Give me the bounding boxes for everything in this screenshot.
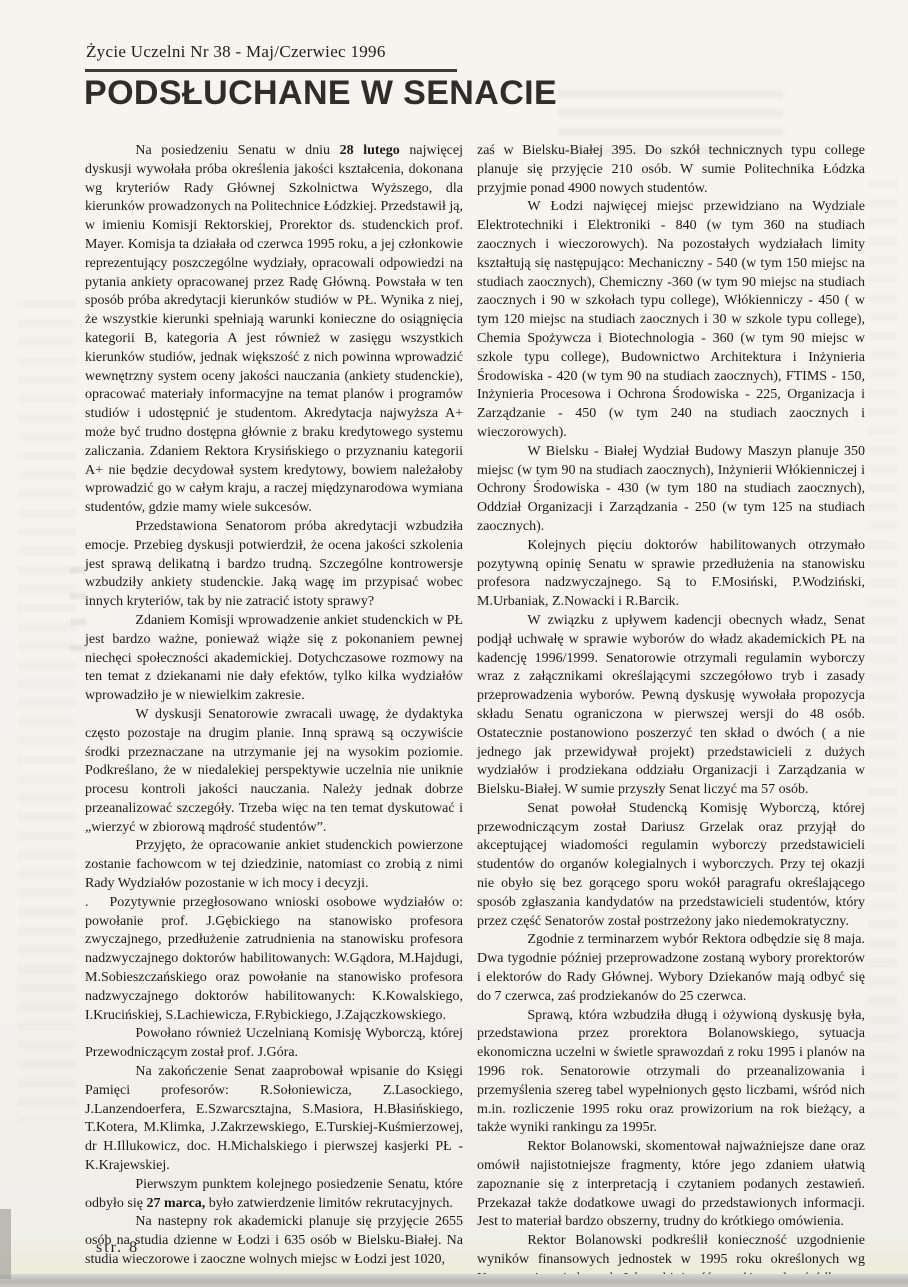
text-run: Senat powołał Studencką Komisję Wyborczą… — [477, 801, 865, 929]
text-run: najwięcej dyskusji wywołała próba określ… — [85, 143, 463, 515]
bold-text-run: 28 lutego — [340, 143, 400, 158]
masthead: Życie Uczelni Nr 38 - Maj/Czerwiec 1996 — [86, 42, 386, 62]
text-run: W związku z upływem kadencji obecnych wł… — [477, 613, 865, 797]
right-column: zaś w Bielsku-Białej 395. Do szkół techn… — [477, 142, 865, 1287]
text-run: Na zakończenie Senat zaaprobował wpisani… — [85, 1064, 463, 1173]
text-run: Sprawą, która wzbudziła długą i ożywioną… — [477, 1008, 865, 1136]
paragraph: Powołano również Uczelnianą Komisję Wybo… — [85, 1025, 463, 1063]
scan-corner-artifact — [0, 1209, 11, 1279]
text-run: Kolejnych pięciu doktorów habilitowanych… — [477, 538, 865, 609]
scan-bleedthrough-artifact — [868, 180, 898, 1120]
paragraph: Rektor Bolanowski, skomentował najważnie… — [477, 1138, 865, 1232]
text-run: Przyjęto, że opracowanie ankiet studenck… — [85, 838, 463, 891]
text-run: Zdaniem Komisji wprowadzenie ankiet stud… — [85, 613, 463, 703]
paragraph: Na zakończenie Senat zaaprobował wpisani… — [85, 1063, 463, 1176]
paragraph: Pierwszym punktem kolejnego posiedzenie … — [85, 1176, 463, 1214]
paragraph: Na posiedzeniu Senatu w dniu 28 lutego n… — [85, 142, 463, 518]
scan-smudge-artifact — [70, 567, 86, 657]
paragraph: Na nastepny rok akademicki planuje się p… — [85, 1213, 463, 1269]
text-run: było zatwierdzenie limitów rekrutacyjnyc… — [205, 1196, 453, 1211]
paragraph: . Pozytywnie przegłosowano wnioski osobo… — [85, 894, 463, 1026]
paragraph: W Bielsku - Białej Wydział Budowy Maszyn… — [477, 443, 865, 537]
scan-edge-band — [0, 1274, 908, 1287]
text-run: Zgodnie z terminarzem wybór Rektora odbę… — [477, 932, 865, 1003]
paragraph: Senat powołał Studencką Komisję Wyborczą… — [477, 800, 865, 932]
text-run: W Bielsku - Białej Wydział Budowy Maszyn… — [477, 444, 865, 534]
text-run: Na posiedzeniu Senatu w dniu — [135, 143, 339, 158]
text-run: W dyskusji Senatorowie zwracali uwagę, ż… — [85, 707, 463, 835]
article-headline: PODSŁUCHANE W SENACIE — [84, 74, 557, 113]
paragraph: Przedstawiona Senatorom próba akredytacj… — [85, 518, 463, 612]
paragraph: Zdaniem Komisji wprowadzenie ankiet stud… — [85, 612, 463, 706]
scan-bleedthrough-artifact — [18, 300, 76, 1120]
paragraph: W dyskusji Senatorowie zwracali uwagę, ż… — [85, 706, 463, 838]
article-body: Na posiedzeniu Senatu w dniu 28 lutego n… — [85, 142, 865, 1287]
text-run: Na nastepny rok akademicki planuje się p… — [85, 1214, 463, 1267]
paragraph: W związku z upływem kadencji obecnych wł… — [477, 612, 865, 800]
paragraph: Sprawą, która wzbudziła długą i ożywioną… — [477, 1007, 865, 1139]
paragraph: Kolejnych pięciu doktorów habilitowanych… — [477, 537, 865, 612]
paragraph: zaś w Bielsku-Białej 395. Do szkół techn… — [477, 142, 865, 198]
paragraph: W Łodzi najwięcej miejsc przewidziano na… — [477, 198, 865, 442]
newspaper-page: Życie Uczelni Nr 38 - Maj/Czerwiec 1996 … — [0, 0, 908, 1287]
paragraph: Przyjęto, że opracowanie ankiet studenck… — [85, 837, 463, 893]
text-run: . Pozytywnie przegłosowano wnioski osobo… — [85, 895, 463, 1023]
paragraph: Zgodnie z terminarzem wybór Rektora odbę… — [477, 931, 865, 1006]
text-run: W Łodzi najwięcej miejsc przewidziano na… — [477, 199, 865, 440]
page-number: str. 8 — [96, 1239, 139, 1257]
left-column: Na posiedzeniu Senatu w dniu 28 lutego n… — [85, 142, 463, 1287]
masthead-rule — [85, 69, 457, 72]
text-run: Rektor Bolanowski, skomentował najważnie… — [477, 1139, 865, 1229]
text-run: zaś w Bielsku-Białej 395. Do szkół techn… — [477, 143, 865, 196]
text-run: Przedstawiona Senatorom próba akredytacj… — [85, 519, 463, 609]
bold-text-run: 27 marca, — [146, 1196, 205, 1211]
text-run: Powołano również Uczelnianą Komisję Wybo… — [85, 1026, 463, 1060]
